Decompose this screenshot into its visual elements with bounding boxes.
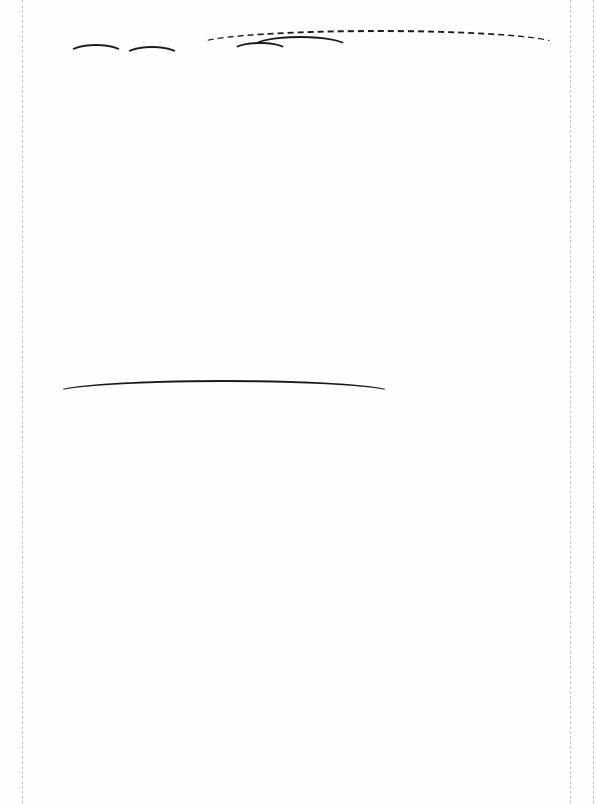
- slur-arc: [124, 46, 180, 66]
- slur-arc: [68, 44, 124, 64]
- phrase-slur-line2: [54, 380, 394, 406]
- left-margin-dashed-line: [22, 0, 23, 804]
- right-margin-dashed-line: [570, 0, 571, 804]
- right-edge-dashed-line: [593, 0, 594, 804]
- sheet-music-page: [0, 0, 596, 804]
- slur-arc: [250, 36, 350, 60]
